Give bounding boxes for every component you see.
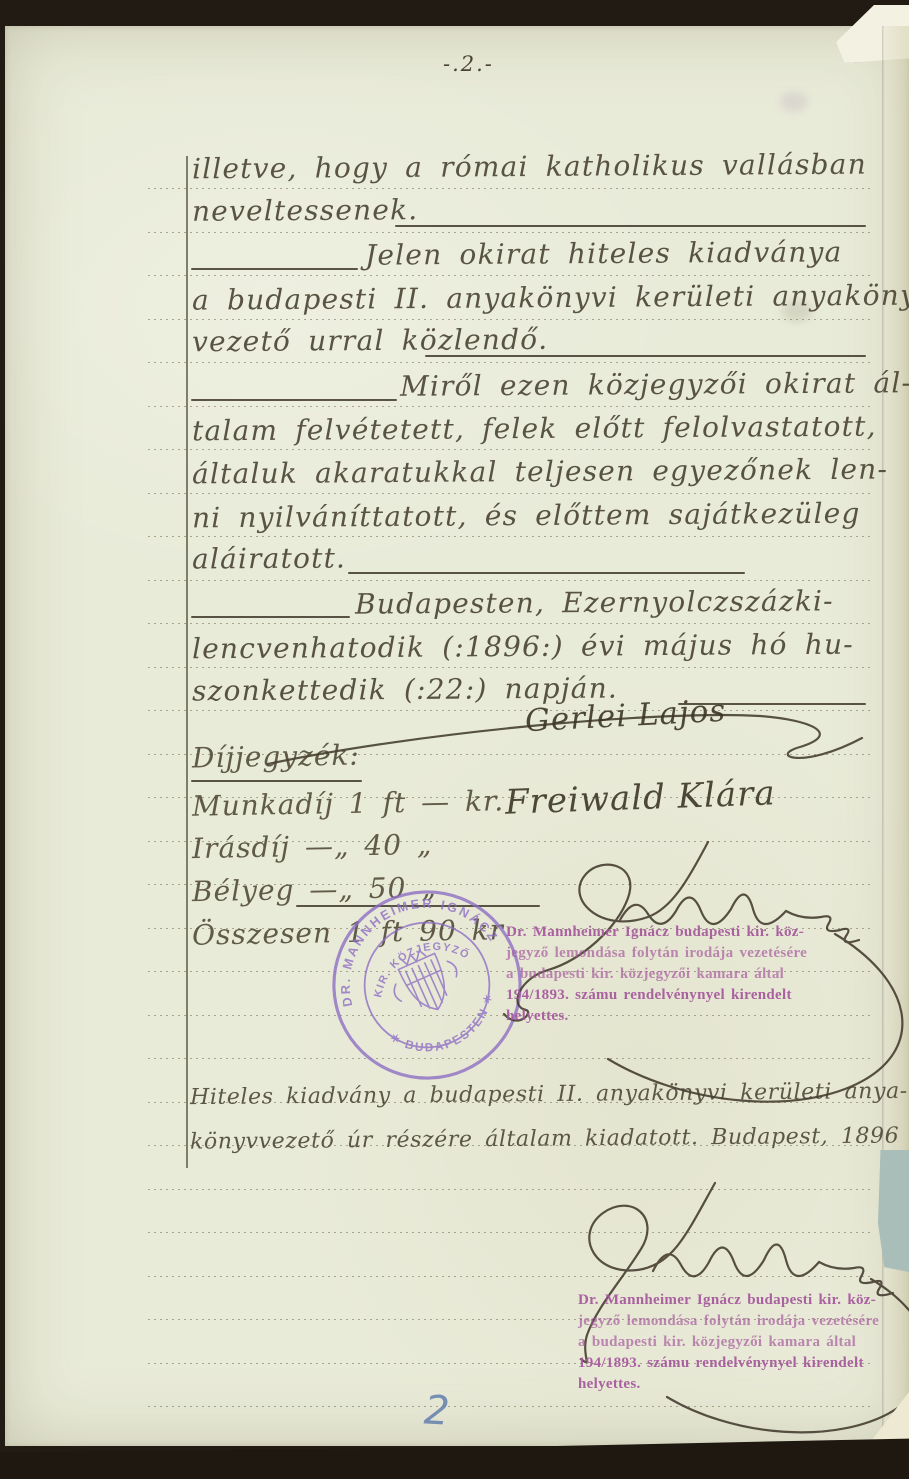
manuscript-line: általuk akaratukkal teljesen egyezőnek l…	[192, 453, 888, 491]
ruled-line	[148, 493, 870, 494]
ink-rule-filler	[191, 268, 358, 270]
manuscript-line: Budapesten, Ezernyolczszázki-	[355, 584, 834, 620]
deputy-clause-line: jegyző lemondása folytán irodája vezetés…	[506, 943, 866, 964]
stamp-ring-top-text: DR. MANNHEIMER IGNÁCZ	[310, 867, 503, 1011]
manuscript-line: Miről ezen közjegyzői okirat ál-	[400, 366, 909, 403]
deputy-clause-line: a budapesti kir. közjegyzői kamara által	[578, 1332, 909, 1353]
deputy-clause-line: Dr. Mannheimer Ignácz budapesti kir. köz…	[506, 922, 866, 943]
deputy-clause-line: helyettes.	[578, 1374, 909, 1395]
manuscript-line: a budapesti II. anyakönyvi kerületi anya…	[192, 278, 909, 316]
svg-text:DR. MANNHEIMER IGNÁCZ: DR. MANNHEIMER IGNÁCZ	[310, 867, 503, 1011]
manuscript-line: lencvenhatodik (:1896:) évi május hó hu-	[192, 628, 854, 666]
deputy-clause-line: jegyző lemondása folytán irodája vezetés…	[578, 1311, 909, 1332]
manuscript-line: neveltessenek.	[192, 193, 419, 228]
ink-rule-filler	[191, 780, 362, 782]
scanned-document: { "page": { "number_label": "-.2.-", "fo…	[0, 0, 909, 1479]
ruled-line	[148, 188, 870, 189]
deputy-clause-line: helyettes.	[506, 1006, 866, 1027]
ruled-line	[148, 449, 870, 450]
svg-text:KIR. KÖZJEGYZŐ: KIR. KÖZJEGYZŐ	[360, 923, 476, 1002]
ruled-line	[148, 319, 870, 320]
ruled-line	[148, 580, 870, 581]
folio-number-pencil: 2	[423, 1387, 451, 1434]
manuscript-line: aláiratott.	[192, 541, 346, 575]
ink-smudge	[780, 92, 808, 112]
deputy-clause-stamp-text: Dr. Mannheimer Ignácz budapesti kir. köz…	[578, 1290, 909, 1395]
deputy-clause-line: 194/1893. számu rendelvénynyel kirendelt	[506, 985, 866, 1006]
ink-rule-filler	[191, 399, 397, 401]
ink-rule-filler	[191, 616, 350, 618]
fee-list-item: Irásdíj —„ 40 „	[192, 828, 433, 865]
fee-list-item: Munkadíj 1 ft — kr.	[192, 784, 505, 822]
ink-rule-filler	[425, 355, 866, 357]
manuscript-line: talam felvétetett, felek előtt felolvast…	[192, 410, 877, 448]
ruled-line	[148, 536, 870, 537]
margin-rule	[186, 156, 188, 1168]
manuscript-line: illetve, hogy a római katholikus vallásb…	[192, 148, 867, 186]
manuscript-line: vezető urral közlendő.	[192, 323, 549, 358]
fee-list-title: Díjjegyzék:	[192, 739, 360, 775]
ruled-line	[148, 667, 870, 668]
deputy-clause-line: a budapesti kir. közjegyzői kamara által	[506, 964, 866, 985]
ruled-line	[148, 362, 870, 363]
ink-rule-filler	[395, 225, 866, 227]
ink-rule-filler	[348, 572, 745, 574]
ruled-line	[148, 623, 870, 624]
deputy-clause-line: 194/1893. számu rendelvénynyel kirendelt	[578, 1353, 909, 1374]
page-number: -.2.-	[443, 52, 494, 76]
stamp-inner-text: KIR. KÖZJEGYZŐ	[360, 923, 476, 1002]
ruled-line	[148, 406, 870, 407]
ruled-line	[148, 232, 870, 233]
ruled-line	[148, 275, 870, 276]
deputy-clause-stamp-text: Dr. Mannheimer Ignácz budapesti kir. köz…	[506, 922, 866, 1027]
manuscript-line: Jelen okirat hiteles kiadványa	[365, 235, 843, 271]
deputy-clause-line: Dr. Mannheimer Ignácz budapesti kir. köz…	[578, 1290, 909, 1311]
manuscript-line: ni nyilváníttatott, és előttem sajátkezü…	[192, 497, 861, 535]
